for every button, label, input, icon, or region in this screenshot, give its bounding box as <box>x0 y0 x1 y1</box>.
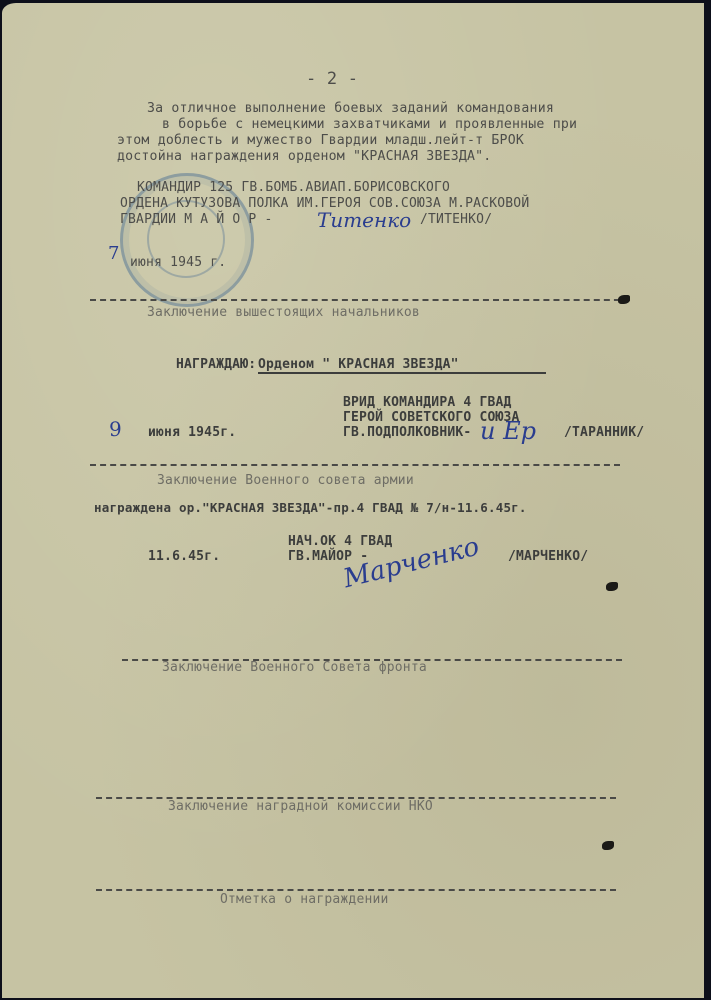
section-heading: Заключение Военного совета армии <box>157 473 414 488</box>
army-decision: награждена ор."КРАСНАЯ ЗВЕЗДА"-пр.4 ГВАД… <box>94 500 527 515</box>
signer-line: НАЧ.ОК 4 ГВАД <box>288 534 392 549</box>
section-heading: Заключение вышестоящих начальников <box>147 305 420 320</box>
page-number: - 2 - <box>306 69 358 89</box>
army-signer-name: /МАРЧЕНКО/ <box>508 549 588 564</box>
section-divider <box>90 464 620 466</box>
superiors-date: июня 1945г. <box>148 425 236 440</box>
commander-name: /ТИТЕНКО/ <box>420 212 492 227</box>
citation-line: За отличное выполнение боевых заданий ко… <box>147 101 554 116</box>
signer-rank: ГВ.ПОДПОЛКОВНИК- <box>343 425 471 440</box>
superiors-signature: и Ер <box>480 417 536 445</box>
award-label: НАГРАЖДАЮ: <box>176 357 256 372</box>
commander-signature: Титенко <box>317 208 411 232</box>
punch-hole <box>606 582 618 591</box>
nko-heading: Заключение наградной комиссии НКО <box>168 799 433 814</box>
superiors-name: /ТАРАННИК/ <box>564 425 644 440</box>
army-date: 11.6.45г. <box>148 549 220 564</box>
award-value: Орденом " КРАСНАЯ ЗВЕЗДА" <box>258 357 546 374</box>
front-council-heading: Заключение Военного Совета фронта <box>162 660 427 675</box>
commander-line: КОМАНДИР 125 ГВ.БОМБ.АВИАП.БОРИСОВСКОГО <box>137 180 450 195</box>
citation-line: в борьбе с немецкими захватчиками и проя… <box>162 117 577 132</box>
award-mark-heading: Отметка о награждении <box>220 892 389 907</box>
section-divider <box>96 889 616 891</box>
document-page: - 2 - За отличное выполнение боевых зада… <box>2 3 704 998</box>
punch-hole <box>618 295 630 304</box>
commander-date-day: 7 <box>108 243 119 264</box>
superiors-date-day: 9 <box>109 417 122 441</box>
commander-date: июня 1945 г. <box>130 255 226 270</box>
commander-rank: ГВАРДИИ М А Й О Р - <box>120 212 273 227</box>
signer-line: ВРИД КОМАНДИРА 4 ГВАД <box>343 395 512 410</box>
punch-hole <box>602 841 614 850</box>
citation-line: этом доблесть и мужество Гвардии младш.л… <box>117 133 524 148</box>
section-divider <box>90 299 630 301</box>
citation-line: достойна награждения орденом "КРАСНАЯ ЗВ… <box>117 149 491 164</box>
